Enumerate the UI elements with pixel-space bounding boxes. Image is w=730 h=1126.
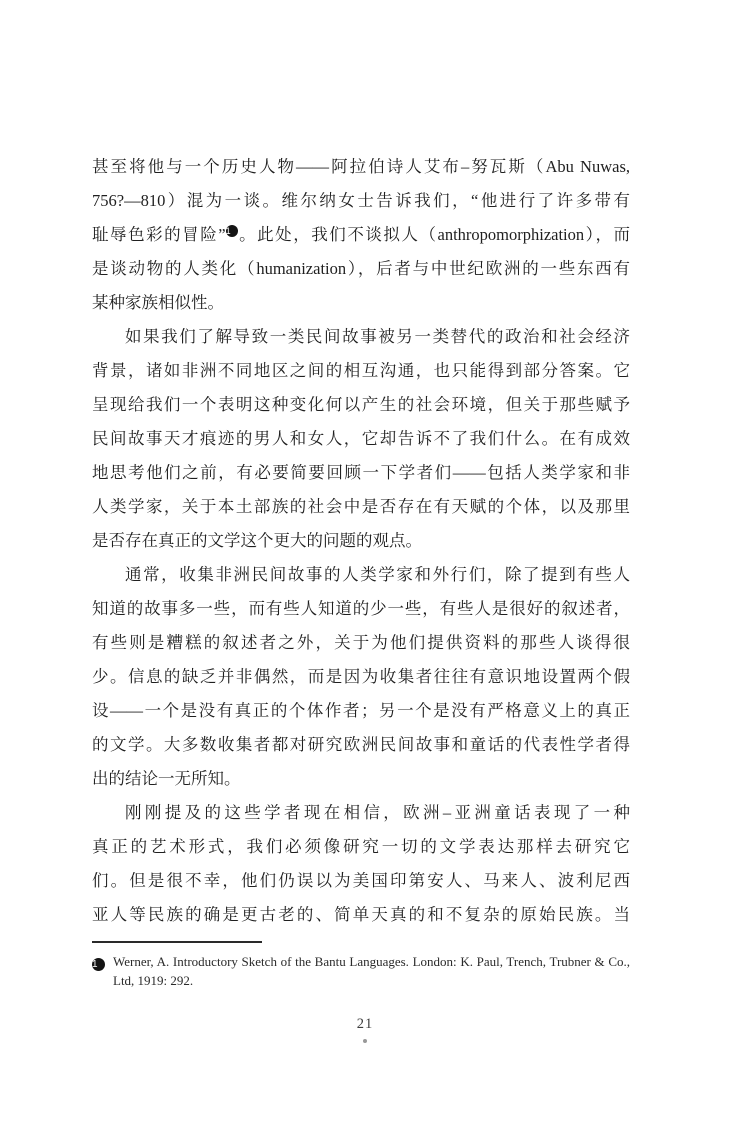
- footnote-text: Werner, A. Introductory Sketch of the Ba…: [113, 954, 630, 969]
- footnote-separator: [92, 941, 262, 943]
- text-line: 是否存在真正的文学这个更大的问题的观点。: [92, 524, 630, 558]
- text-line: 知道的故事多一些，而有些人知道的少一些，有些人是很好的叙述者，: [92, 592, 630, 626]
- body-text: 甚至将他与一个历史人物——阿拉伯诗人艾布–努瓦斯（Abu Nuwas,756?—…: [92, 150, 630, 932]
- text-line: 呈现给我们一个表明这种变化何以产生的社会环境，但关于那些赋予: [92, 388, 630, 422]
- text-line: 地思考他们之前，有必要简要回顾一下学者们——包括人类学家和非: [92, 456, 630, 490]
- page-ornament-dot: [363, 1039, 367, 1043]
- footnote: 1Werner, A. Introductory Sketch of the B…: [92, 953, 630, 990]
- text-line: 亚人等民族的确是更古老的、简单天真的和不复杂的原始民族。当: [92, 898, 630, 932]
- text-line: 是谈动物的人类化（humanization），后者与中世纪欧洲的一些东西有: [92, 252, 630, 286]
- text-line: 设——一个是没有真正的个体作者；另一个是没有严格意义上的真正: [92, 694, 630, 728]
- text-line: 756?—810）混为一谈。维尔纳女士告诉我们，“他进行了许多带有: [92, 184, 630, 218]
- footnote-line: 1Werner, A. Introductory Sketch of the B…: [113, 953, 630, 972]
- text-line: 民间故事天才痕迹的男人和女人，它却告诉不了我们什么。在有成效: [92, 422, 630, 456]
- footnote-marker-digit: 1: [92, 959, 98, 970]
- text-line: 真正的艺术形式，我们必须像研究一切的文学表达那样去研究它: [92, 830, 630, 864]
- text-line: 通常，收集非洲民间故事的人类学家和外行们，除了提到有些人: [92, 558, 630, 592]
- footnote-ref-icon: 1: [226, 225, 238, 237]
- footnote-marker-icon: 1: [92, 958, 105, 971]
- text-line: 如果我们了解导致一类民间故事被另一类替代的政治和社会经济: [92, 320, 630, 354]
- text-line: 少。信息的缺乏并非偶然，而是因为收集者往往有意识地设置两个假: [92, 660, 630, 694]
- text-line: 刚刚提及的这些学者现在相信，欧洲–亚洲童话表现了一种: [92, 796, 630, 830]
- text-line: 的文学。大多数收集者都对研究欧洲民间故事和童话的代表性学者得: [92, 728, 630, 762]
- text-line: 背景，诸如非洲不同地区之间的相互沟通，也只能得到部分答案。它: [92, 354, 630, 388]
- page-number: 21: [0, 1016, 730, 1033]
- text-line: 们。但是很不幸，他们仍误以为美国印第安人、马来人、波利尼西: [92, 864, 630, 898]
- footnote-line: Ltd, 1919: 292.: [113, 972, 630, 991]
- book-page: 甚至将他与一个历史人物——阿拉伯诗人艾布–努瓦斯（Abu Nuwas,756?—…: [0, 0, 730, 1126]
- text-line: 耻辱色彩的冒险”1。此处，我们不谈拟人（anthropomorphization…: [92, 218, 630, 252]
- text-line: 甚至将他与一个历史人物——阿拉伯诗人艾布–努瓦斯（Abu Nuwas,: [92, 150, 630, 184]
- text-line: 有些则是糟糕的叙述者之外，关于为他们提供资料的那些人谈得很: [92, 626, 630, 660]
- page-footer: 21: [0, 1016, 730, 1043]
- text-line: 某种家族相似性。: [92, 286, 630, 320]
- text-line: 人类学家，关于本土部族的社会中是否存在有天赋的个体，以及那里: [92, 490, 630, 524]
- text-line: 出的结论一无所知。: [92, 762, 630, 796]
